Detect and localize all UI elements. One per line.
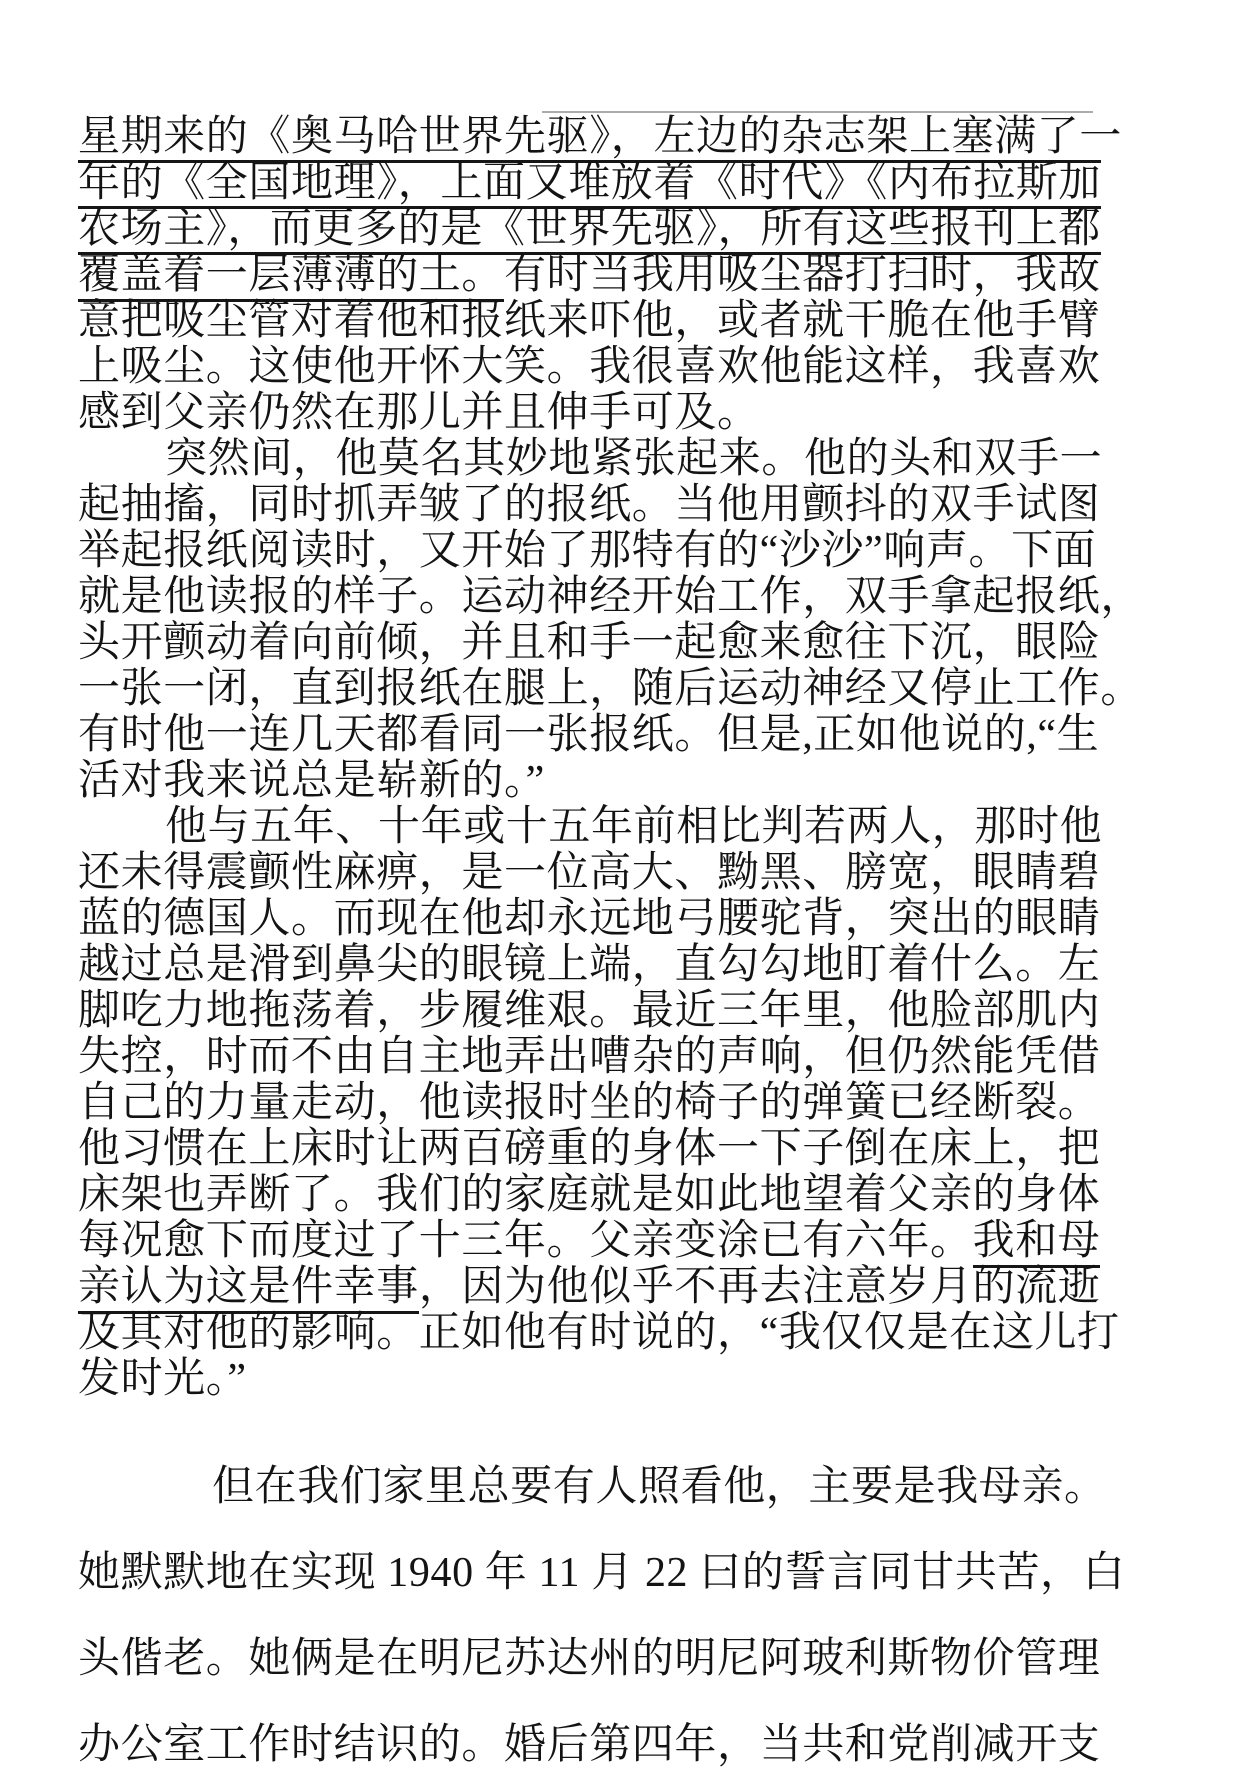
text-line: 头偕老。她俩是在明尼苏达州的明尼阿玻利斯物价管理: [78, 1616, 1101, 1702]
text-line: 突然间，他莫名其妙地紧张起来。他的头和双手一: [78, 436, 1101, 482]
text-segment: 他与五年、十年或十五年前相比判若两人，那时他: [165, 804, 1102, 850]
text-segment: 他习惯在上床时让两百磅重的身体一下子倒在床上，把: [78, 1126, 1100, 1172]
paragraph-2: 突然间，他莫名其妙地紧张起来。他的头和双手一起抽搐，同时抓弄皱了的报纸。当他用颤…: [78, 436, 1101, 804]
text-line: 但在我们家里总要有人照看他，主要是我母亲。: [78, 1444, 1101, 1530]
paragraph-3: 他与五年、十年或十五年前相比判若两人，那时他还未得震颤性麻痹，是一位高大、黝黑、…: [78, 804, 1101, 1402]
text-segment: 越过总是滑到鼻尖的眼镜上端，直勾勾地盯着什么。左: [78, 942, 1100, 988]
text-line: 越过总是滑到鼻尖的眼镜上端，直勾勾地盯着什么。左: [78, 942, 1101, 988]
text-segment: 意把吸尘管对着他和报纸来吓他，或者就干脆在他手臂: [78, 298, 1100, 344]
text-segment: 起抽搐，同时抓弄皱了的报纸。当他用颤抖的双手试图: [78, 482, 1100, 528]
text-segment: 一张一闭，直到报纸在腿上，随后运动神经又停止工作。: [78, 666, 1143, 712]
text-line: 还未得震颤性麻痹，是一位高大、黝黑、膀宽，眼睛碧: [78, 850, 1101, 896]
text-line: 有时他一连几天都看同一张报纸。但是,正如他说的,“生: [78, 712, 1101, 758]
text-segment: 但在我们家里总要有人照看他，主要是我母亲。: [212, 1464, 1107, 1510]
text-line: 脚吃力地拖荡着，步履维艰。最近三年里，他脸部肌内: [78, 988, 1101, 1034]
underlined-segment: 覆盖着一层薄薄的土。: [78, 252, 504, 302]
text-line: 头开颤动着向前倾，并且和手一起愈来愈往下沉，眼险: [78, 620, 1101, 666]
text-line: 自己的力量走动，他读报时坐的椅子的弹簧已经断裂。: [78, 1080, 1101, 1126]
text-line: 发时光。”: [78, 1356, 1101, 1402]
text-line: 意把吸尘管对着他和报纸来吓他，或者就干脆在他手臂: [78, 298, 1101, 344]
text-line: 感到父亲仍然在那儿并且伸手可及。: [78, 390, 1101, 436]
text-line: 活对我来说总是崭新的。”: [78, 758, 1101, 804]
text-segment: 举起报纸阅读时，又开始了那特有的“沙沙”响声。下面: [78, 528, 1096, 574]
text-segment: 就是他读报的样子。运动神经开始工作，双手拿起报纸，: [78, 574, 1143, 620]
text-segment: 感到父亲仍然在那儿并且伸手可及。: [78, 390, 760, 436]
text-line: 星期来的《奥马哈世界先驱》，左边的杂志架上塞满了一: [78, 114, 1101, 160]
text-line: 床架也弄断了。我们的家庭就是如此地望着父亲的身体: [78, 1172, 1101, 1218]
text-segment: 有时他一连几天都看同一张报纸。但是,正如他说的,“生: [78, 712, 1099, 758]
text-segment: 上吸尘。这使他开怀大笑。我很喜欢他能这样，我喜欢: [78, 344, 1100, 390]
text-segment: 每况愈下而度过了十三年。父亲变涂已有六年。: [78, 1218, 973, 1264]
text-line: 他习惯在上床时让两百磅重的身体一下子倒在床上，把: [78, 1126, 1101, 1172]
underlined-segment: 星期来的《奥马哈世界先驱》，左边的杂志架上塞满了一: [78, 114, 1101, 163]
text-segment: 有时当我用吸尘器打扫时，我故: [504, 252, 1100, 298]
text-line: 她默默地在实现 1940 年 11 月 22 曰的誓言同甘共苦，白: [78, 1530, 1101, 1616]
text-segment: 蓝的德国人。而现在他却永远地弓腰驼背，突出的眼睛: [78, 896, 1100, 942]
text-line: 蓝的德国人。而现在他却永远地弓腰驼背，突出的眼睛: [78, 896, 1101, 942]
text-line: 一张一闭，直到报纸在腿上，随后运动神经又停止工作。: [78, 666, 1101, 712]
text-segment: 脚吃力地拖荡着，步履维艰。最近三年里，他脸部肌内: [78, 988, 1100, 1034]
text-segment: 头开颤动着向前倾，并且和手一起愈来愈往下沉，眼险: [78, 620, 1100, 666]
text-segment: 自己的力量走动，他读报时坐的椅子的弹簧已经断裂。: [78, 1080, 1100, 1126]
text-segment: 突然间，他莫名其妙地紧张起来。他的头和双手一: [165, 436, 1102, 482]
paragraph-4: 但在我们家里总要有人照看他，主要是我母亲。她默默地在实现 1940 年 11 月…: [78, 1444, 1101, 1788]
text-segment: 头偕老。她俩是在明尼苏达州的明尼阿玻利斯物价管理: [78, 1636, 1100, 1682]
underlined-segment: 年的《全国地理》，上面又堆放着《时代》《内布拉斯加: [78, 160, 1101, 209]
text-segment: 办公室工作时结识的。婚后第四年，当共和党削减开支: [78, 1722, 1100, 1768]
text-line: 年的《全国地理》，上面又堆放着《时代》《内布拉斯加: [78, 160, 1101, 206]
text-segment: 失控，时而不由自主地弄出嘈杂的声响，但仍然能凭借: [78, 1034, 1100, 1080]
top-rule: [542, 111, 1093, 113]
text-line: 农场主》，而更多的是《世界先驱》，所有这些报刊上都: [78, 206, 1101, 252]
underlined-segment: 农场主》，而更多的是《世界先驱》，所有这些报刊上都: [78, 206, 1101, 255]
text-line: 每况愈下而度过了十三年。父亲变涂已有六年。我和母: [78, 1218, 1101, 1264]
text-segment: 她默默地在实现 1940 年 11 月 22 曰的誓言同甘共苦，白: [78, 1550, 1125, 1596]
text-line: 亲认为这是件幸事，因为他似乎不再去注意岁月的流逝: [78, 1264, 1101, 1310]
text-line: 办公室工作时结识的。婚后第四年，当共和党削减开支: [78, 1702, 1101, 1788]
text-segment: 活对我来说总是崭新的。”: [78, 758, 545, 804]
text-line: 起抽搐，同时抓弄皱了的报纸。当他用颤抖的双手试图: [78, 482, 1101, 528]
text-segment: 床架也弄断了。我们的家庭就是如此地望着父亲的身体: [78, 1172, 1100, 1218]
page: 星期来的《奥马哈世界先驱》，左边的杂志架上塞满了一年的《全国地理》，上面又堆放着…: [0, 0, 1260, 1792]
text-segment: 还未得震颤性麻痹，是一位高大、黝黑、膀宽，眼睛碧: [78, 850, 1100, 896]
text-line: 上吸尘。这使他开怀大笑。我很喜欢他能这样，我喜欢: [78, 344, 1101, 390]
text-line: 覆盖着一层薄薄的土。有时当我用吸尘器打扫时，我故: [78, 252, 1101, 298]
text-line: 就是他读报的样子。运动神经开始工作，双手拿起报纸，: [78, 574, 1101, 620]
text-segment: ，因为他似乎不再去注意岁月的流逝: [419, 1264, 1101, 1310]
text-line: 失控，时而不由自主地弄出嘈杂的声响，但仍然能凭借: [78, 1034, 1101, 1080]
text-line: 他与五年、十年或十五年前相比判若两人，那时他: [78, 804, 1101, 850]
text-line: 及其对他的影响。正如他有时说的，“我仅仅是在这儿打: [78, 1310, 1101, 1356]
underlined-segment: 亲认为这是件幸事: [78, 1264, 419, 1314]
text-segment: 发时光。”: [78, 1356, 247, 1402]
text-segment: 及其对他的影响。正如他有时说的，“我仅仅是在这儿打: [78, 1310, 1120, 1356]
paragraph-1: 星期来的《奥马哈世界先驱》，左边的杂志架上塞满了一年的《全国地理》，上面又堆放着…: [78, 114, 1101, 436]
underlined-segment: 我和母: [973, 1218, 1101, 1268]
text-line: 举起报纸阅读时，又开始了那特有的“沙沙”响声。下面: [78, 528, 1101, 574]
document-body: 星期来的《奥马哈世界先驱》，左边的杂志架上塞满了一年的《全国地理》，上面又堆放着…: [78, 114, 1101, 1788]
